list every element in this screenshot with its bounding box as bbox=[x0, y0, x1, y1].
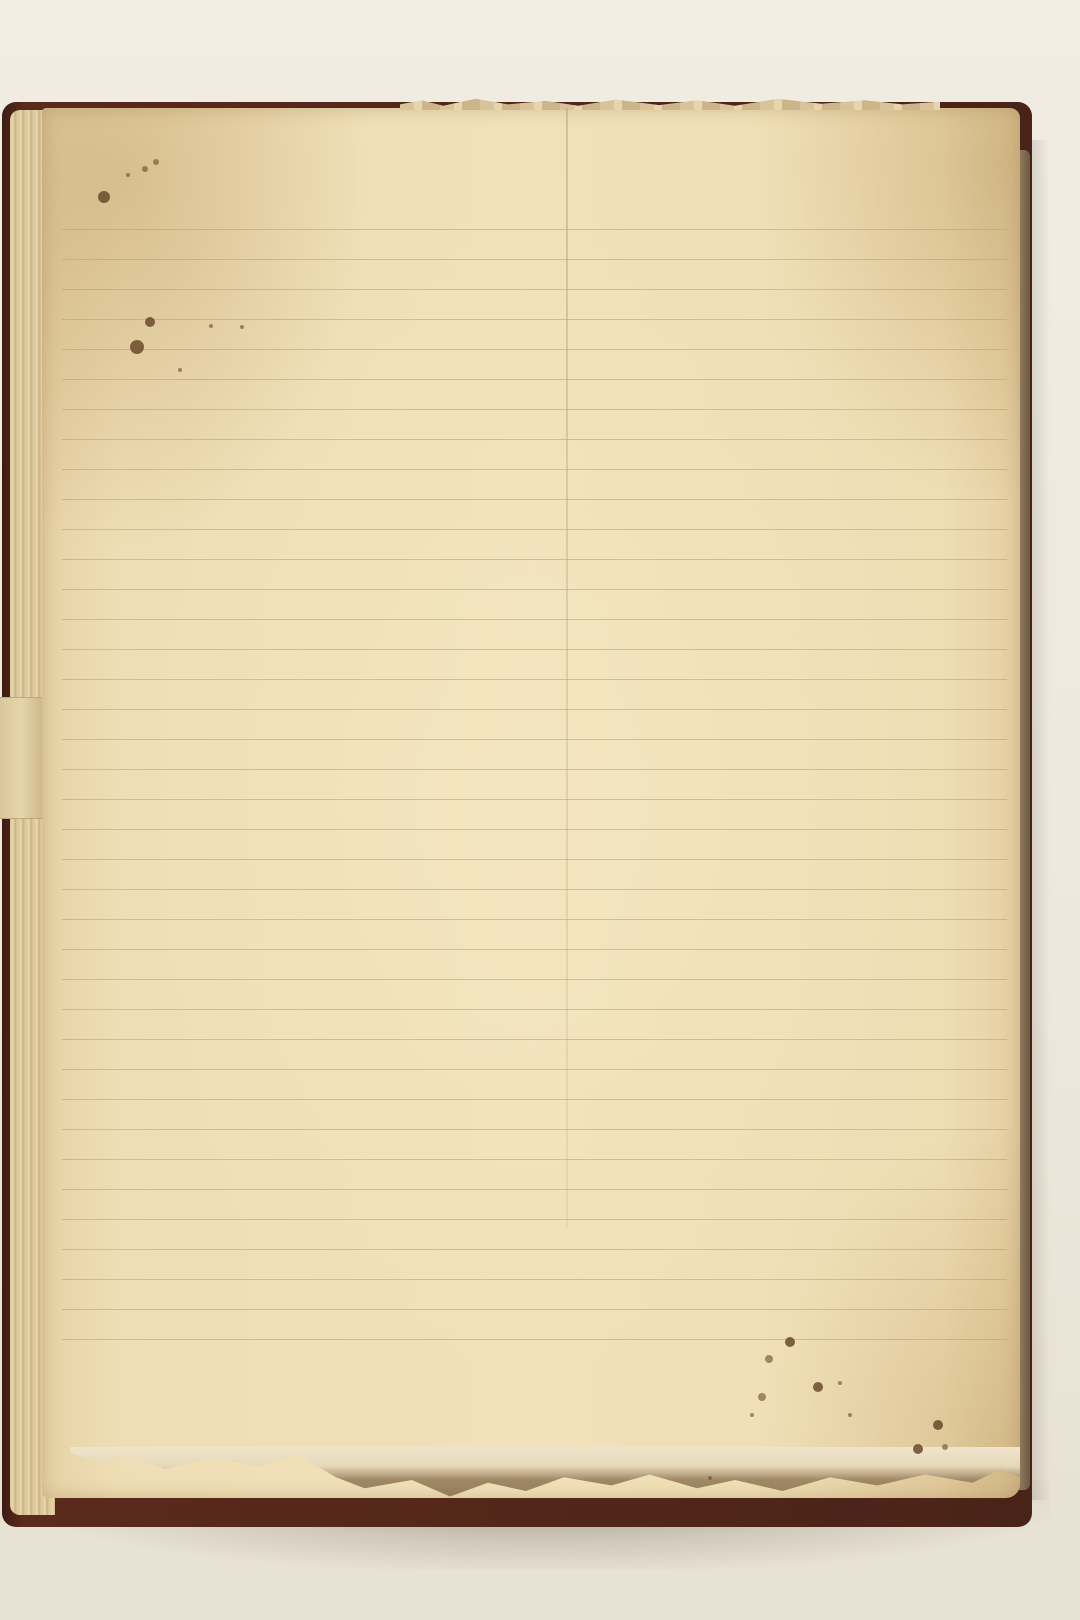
ink-stain bbox=[848, 1413, 852, 1417]
ink-stain bbox=[942, 1444, 948, 1450]
ink-stain bbox=[145, 317, 155, 327]
ink-stain bbox=[913, 1444, 923, 1454]
ink-stain bbox=[126, 173, 130, 177]
ribbon-bookmark bbox=[0, 697, 42, 819]
ink-stain bbox=[178, 368, 182, 372]
ink-stain bbox=[153, 159, 159, 165]
ink-stain bbox=[813, 1382, 823, 1392]
ink-stain bbox=[130, 340, 144, 354]
ink-stain bbox=[785, 1337, 795, 1347]
center-fold bbox=[566, 108, 568, 1228]
ink-stain bbox=[765, 1355, 773, 1363]
ink-stain bbox=[708, 1476, 712, 1480]
ink-stain bbox=[933, 1420, 943, 1430]
ink-stain bbox=[142, 166, 148, 172]
ink-stain bbox=[750, 1413, 754, 1417]
ruled-lines bbox=[62, 200, 1007, 1360]
ink-stain bbox=[98, 191, 110, 203]
ink-stain bbox=[838, 1381, 842, 1385]
ink-stain bbox=[209, 324, 213, 328]
ink-stain bbox=[758, 1393, 766, 1401]
ink-stain bbox=[240, 325, 244, 329]
